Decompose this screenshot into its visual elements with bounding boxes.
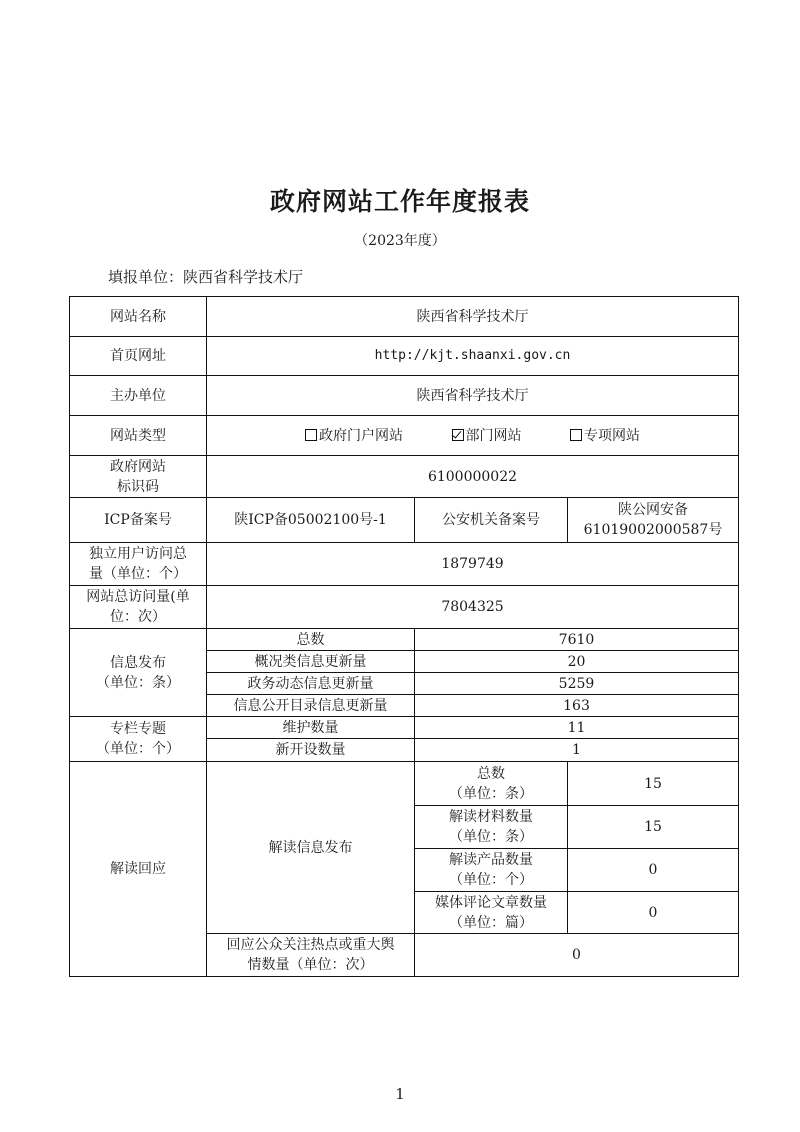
label: 媒体评论文章数量（单位：篇）: [415, 892, 568, 934]
label: 首页网址: [70, 337, 207, 376]
row-total-visits: 网站总访问量(单位：次） 7804325: [70, 586, 739, 629]
label: 主办单位: [70, 376, 207, 416]
value: 0: [568, 849, 739, 892]
icp-value: 陕ICP备05002100号-1: [207, 498, 415, 543]
police-label: 公安机关备案号: [415, 498, 568, 543]
label: 网站总访问量(单位：次）: [70, 586, 207, 629]
checkbox-unchecked-icon: [570, 429, 582, 441]
label: 政务动态信息更新量: [207, 673, 415, 695]
row-homepage-url: 首页网址 http://kjt.shaanxi.gov.cn: [70, 337, 739, 376]
filler-unit: 填报单位：陕西省科学技术厅: [108, 266, 303, 287]
report-title: 政府网站工作年度报表: [0, 182, 800, 218]
label: 回应公众关注热点或重大舆情数量（单位：次）: [207, 934, 415, 977]
filler-label: 填报单位：: [108, 268, 183, 286]
row-sponsor: 主办单位 陕西省科学技术厅: [70, 376, 739, 416]
value: 1: [415, 739, 739, 762]
label: 新开设数量: [207, 739, 415, 762]
info-publish-label: 信息发布（单位：条）: [70, 629, 207, 717]
filler-value: 陕西省科学技术厅: [183, 268, 303, 286]
interpretation-sub-label: 解读信息发布: [207, 762, 415, 934]
value: 0: [415, 934, 739, 977]
site-type-options: 政府门户网站 部门网站 专项网站: [207, 416, 739, 456]
checkbox-gov-portal[interactable]: 政府门户网站: [305, 426, 403, 446]
row-unique-visitors: 独立用户访问总量（单位：个） 1879749: [70, 543, 739, 586]
value: 163: [415, 695, 739, 717]
label: 总数（单位：条）: [415, 762, 568, 806]
checkbox-unchecked-icon: [305, 429, 317, 441]
label: 独立用户访问总量（单位：个）: [70, 543, 207, 586]
checkbox-special[interactable]: 专项网站: [570, 426, 640, 446]
row-icp: ICP备案号 陕ICP备05002100号-1 公安机关备案号 陕公网安备610…: [70, 498, 739, 543]
label: 网站类型: [70, 416, 207, 456]
row-site-type: 网站类型 政府门户网站 部门网站 专项网站: [70, 416, 739, 456]
value: 7610: [415, 629, 739, 651]
row-site-id: 政府网站标识码 6100000022: [70, 456, 739, 498]
value: 7804325: [207, 586, 739, 629]
checkbox-department[interactable]: 部门网站: [452, 426, 522, 446]
label: 网站名称: [70, 297, 207, 337]
label: 解读材料数量（单位：条）: [415, 806, 568, 849]
value: 5259: [415, 673, 739, 695]
row-columns-maintained: 专栏专题（单位：个） 维护数量 11: [70, 717, 739, 739]
value: 11: [415, 717, 739, 739]
value: 20: [415, 651, 739, 673]
row-info-total: 信息发布（单位：条） 总数 7610: [70, 629, 739, 651]
row-site-name: 网站名称 陕西省科学技术厅: [70, 297, 739, 337]
label: 信息公开目录信息更新量: [207, 695, 415, 717]
label: 维护数量: [207, 717, 415, 739]
columns-label: 专栏专题（单位：个）: [70, 717, 207, 762]
label: 政府网站标识码: [70, 456, 207, 498]
value: 陕西省科学技术厅: [207, 297, 739, 337]
value: 陕西省科学技术厅: [207, 376, 739, 416]
row-interp-total: 解读回应 解读信息发布 总数（单位：条） 15: [70, 762, 739, 806]
label: ICP备案号: [70, 498, 207, 543]
checkbox-checked-icon: [452, 429, 464, 441]
police-value: 陕公网安备61019002000587号: [568, 498, 739, 543]
interpretation-label: 解读回应: [70, 762, 207, 977]
value: 0: [568, 892, 739, 934]
report-year: （2023年度）: [0, 230, 800, 250]
value: 15: [568, 762, 739, 806]
value: 15: [568, 806, 739, 849]
label: 解读产品数量（单位：个）: [415, 849, 568, 892]
value: 6100000022: [207, 456, 739, 498]
page-number: 1: [0, 1085, 800, 1103]
label: 概况类信息更新量: [207, 651, 415, 673]
report-table: 网站名称 陕西省科学技术厅 首页网址 http://kjt.shaanxi.go…: [69, 296, 739, 977]
label: 总数: [207, 629, 415, 651]
value: http://kjt.shaanxi.gov.cn: [207, 337, 739, 376]
value: 1879749: [207, 543, 739, 586]
